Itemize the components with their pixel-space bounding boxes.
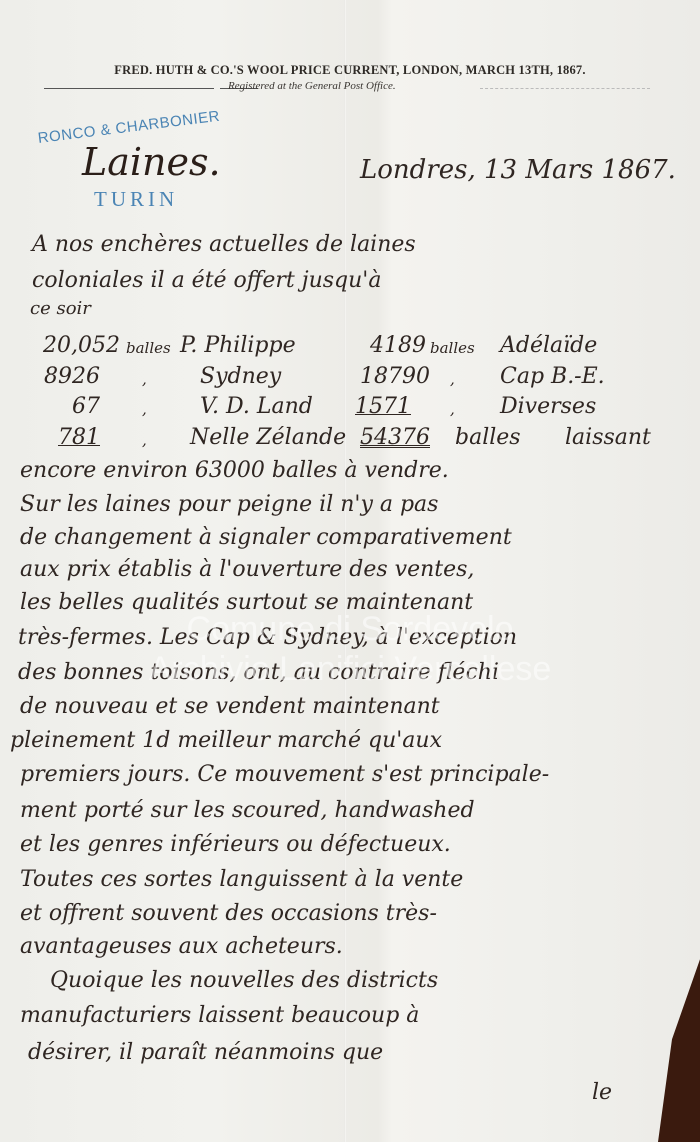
qty-left: 8926	[30, 364, 100, 389]
intro-line: ce soir	[30, 298, 91, 319]
unit-left: ,	[142, 400, 147, 418]
intro-line: A nos enchères actuelles de laines	[32, 232, 416, 257]
intro-line: coloniales il a été offert jusqu'à	[32, 268, 381, 293]
bale-row: 67 , V. D. Land 1571 , Diverses	[30, 394, 690, 424]
signature: Laines.	[82, 140, 221, 184]
origin-right: Adélaïde	[500, 333, 597, 358]
unit-left: ,	[142, 370, 147, 388]
unit-right: balles	[430, 339, 475, 357]
bale-row: 20,052 balles P. Philippe 4189 balles Ad…	[30, 333, 690, 363]
qty-right: 4189	[370, 333, 426, 358]
origin-left: P. Philippe	[180, 333, 296, 358]
body-line: les belles qualités surtout se maintenan…	[20, 590, 473, 615]
origin-right: Diverses	[500, 394, 596, 419]
unit-right: ,	[450, 400, 455, 418]
body-line: de nouveau et se vendent maintenant	[20, 694, 440, 719]
body-line: premiers jours. Ce mouvement s'est princ…	[20, 762, 549, 787]
stamp-city: TURIN	[94, 187, 178, 212]
body-line: très-fermes. Les Cap & Sydney, à l'excep…	[18, 625, 517, 650]
letterhead-subheader: Registered at the General Post Office.	[40, 80, 660, 94]
body-line: Sur les laines pour peigne il n'y a pas	[20, 492, 438, 517]
body-line: désirer, il paraît néanmoins que	[28, 1040, 383, 1065]
body-line: ment porté sur les scoured, handwashed	[20, 798, 475, 823]
qty-left: 20,052	[30, 333, 120, 358]
rule-line	[44, 88, 214, 89]
body-line: aux prix établis à l'ouverture des vente…	[20, 557, 474, 582]
catchword: le	[592, 1080, 612, 1105]
body-line: pleinement 1d meilleur marché qu'aux	[10, 728, 442, 753]
body-line: manufacturiers laissent beaucoup à	[20, 1003, 419, 1028]
qty-left: 67	[30, 394, 100, 419]
unit-right: balles	[455, 425, 521, 450]
origin-right: laissant	[565, 425, 651, 450]
unit-left: balles	[126, 339, 171, 357]
qty-right: 54376	[360, 425, 430, 450]
qty-right: 18790	[360, 364, 430, 389]
bale-row: 8926 , Sydney 18790 , Cap B.-E.	[30, 364, 690, 394]
qty-right: 1571	[355, 394, 411, 419]
body-line: de changement à signaler comparativement	[20, 525, 512, 550]
origin-left: Nelle Zélande	[190, 425, 346, 450]
date-line: Londres, 13 Mars 1867.	[360, 155, 676, 185]
body-line: Quoique les nouvelles des districts	[50, 968, 438, 993]
body-line: des bonnes toisons, ont, au contraire fl…	[18, 660, 499, 685]
rule-line	[480, 88, 650, 89]
qty-left: 781	[30, 425, 100, 450]
body-line: Toutes ces sortes languissent à la vente	[20, 867, 463, 892]
body-line: et offrent souvent des occasions très-	[20, 901, 437, 926]
registered-notice: Registered at the General Post Office.	[228, 80, 396, 92]
unit-right: ,	[450, 370, 455, 388]
unit-left: ,	[142, 431, 147, 449]
bale-row: 781 , Nelle Zélande 54376 balles laissan…	[30, 425, 690, 455]
letter-paper: FRED. HUTH & CO.'S WOOL PRICE CURRENT, L…	[0, 0, 700, 1142]
remaining-line: encore environ 63000 balles à vendre.	[20, 458, 449, 483]
body-line: avantageuses aux acheteurs.	[20, 934, 343, 959]
origin-right: Cap B.-E.	[500, 364, 605, 389]
origin-left: V. D. Land	[200, 394, 313, 419]
origin-left: Sydney	[200, 364, 281, 389]
body-line: et les genres inférieurs ou défectueux.	[20, 832, 451, 857]
letterhead-title: FRED. HUTH & CO.'S WOOL PRICE CURRENT, L…	[0, 63, 700, 78]
